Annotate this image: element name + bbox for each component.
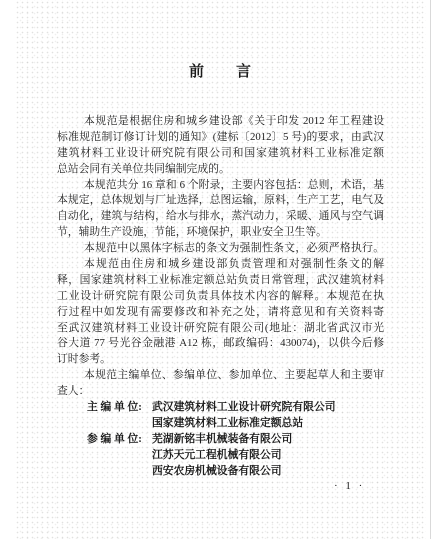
title-char-yan: 言 [236, 64, 252, 80]
unit-name: 江苏天元工程机械有限公司 [152, 448, 384, 464]
participating-unit-label: 参 编 单 位: [87, 432, 152, 448]
paragraph-credits-intro: 本规范主编单位、参编单位、参加单位、主要起草人和主要审 查人： [57, 368, 384, 400]
body-line: 释，国家建筑材料工业标准定额总站负责日常管理，武汉建筑材料 [57, 273, 384, 289]
unit-name: 国家建筑材料工业标准定额总站 [152, 416, 384, 432]
body-text: 本规范是根据住房和城乡建设部《关于印发 2012 年工程建设 标准规范制订修订计… [57, 114, 384, 479]
paragraph-contents: 本规范共分 16 章和 6 个附录，主要内容包括：总则，术语，基 本规定，总体规… [57, 178, 384, 242]
participating-unit-names: 芜湖新铭丰机械装备有限公司 江苏天元工程机械有限公司 西安农房机械设备有限公司 [152, 432, 384, 480]
body-line: 谷大道 77 号光谷金融港 A12 栋，邮政编码：430074)，以供今后修 [57, 336, 384, 352]
page-number: · 1 · [334, 480, 365, 492]
participating-unit-row: 参 编 单 位: 芜湖新铭丰机械装备有限公司 江苏天元工程机械有限公司 西安农房… [87, 432, 384, 480]
body-line: 本规定，总体规划与厂址选择，总图运输，原料，生产工艺，电气及 [57, 193, 384, 209]
body-line: 订时参考。 [57, 352, 384, 368]
title-char-qian: 前 [189, 64, 205, 80]
body-line: 本规范主编单位、参编单位、参加单位、主要起草人和主要审 [57, 368, 384, 384]
body-line: 本规范由住房和城乡建设部负责管理和对强制性条文的解 [57, 257, 384, 273]
paragraph-administration: 本规范由住房和城乡建设部负责管理和对强制性条文的解 释，国家建筑材料工业标准定额… [57, 257, 384, 368]
body-line: 本规范是根据住房和城乡建设部《关于印发 2012 年工程建设 [57, 114, 384, 130]
body-line: 至武汉建筑材料工业设计研究院有限公司(地址：湖北省武汉市光 [57, 321, 384, 337]
unit-name: 芜湖新铭丰机械装备有限公司 [152, 432, 384, 448]
body-line: 行过程中如发现有需要修改和补充之处，请将意见和有关资料寄 [57, 305, 384, 321]
body-line: 标准规范制订修订计划的通知》(建标〔2012〕5 号)的要求，由武汉 [57, 130, 384, 146]
body-line: 工业设计研究院有限公司负责具体技术内容的解释。本规范在执 [57, 289, 384, 305]
scan-edge-line [430, 0, 431, 539]
body-line: 节，辅助生产设施，节能，环境保护，职业安全卫生等。 [57, 225, 384, 241]
paragraph-basis: 本规范是根据住房和城乡建设部《关于印发 2012 年工程建设 标准规范制订修订计… [57, 114, 384, 178]
page-title: 前言 [57, 60, 384, 81]
paragraph-mandatory: 本规范中以黑体字标志的条文为强制性条文，必须严格执行。 [57, 241, 384, 257]
unit-name: 西安农房机械设备有限公司 [152, 464, 384, 480]
chief-editor-unit-row: 主 编 单 位: 武汉建筑材料工业设计研究院有限公司 国家建筑材料工业标准定额总… [87, 400, 384, 432]
body-line: 本规范共分 16 章和 6 个附录，主要内容包括：总则，术语，基 [57, 178, 384, 194]
credits-section: 主 编 单 位: 武汉建筑材料工业设计研究院有限公司 国家建筑材料工业标准定额总… [87, 400, 384, 479]
body-line: 查人： [57, 384, 384, 400]
body-line: 自动化，建筑与结构，给水与排水，蒸汽动力，采暖、通风与空气调 [57, 209, 384, 225]
body-line: 总站会同有关单位共同编制完成的。 [57, 162, 384, 178]
chief-editor-unit-label: 主 编 单 位: [87, 400, 152, 416]
unit-name: 武汉建筑材料工业设计研究院有限公司 [152, 400, 384, 416]
body-line: 本规范中以黑体字标志的条文为强制性条文，必须严格执行。 [57, 241, 384, 257]
chief-editor-unit-names: 武汉建筑材料工业设计研究院有限公司 国家建筑材料工业标准定额总站 [152, 400, 384, 432]
body-line: 建筑材料工业设计研究院有限公司和国家建筑材料工业标准定额 [57, 146, 384, 162]
